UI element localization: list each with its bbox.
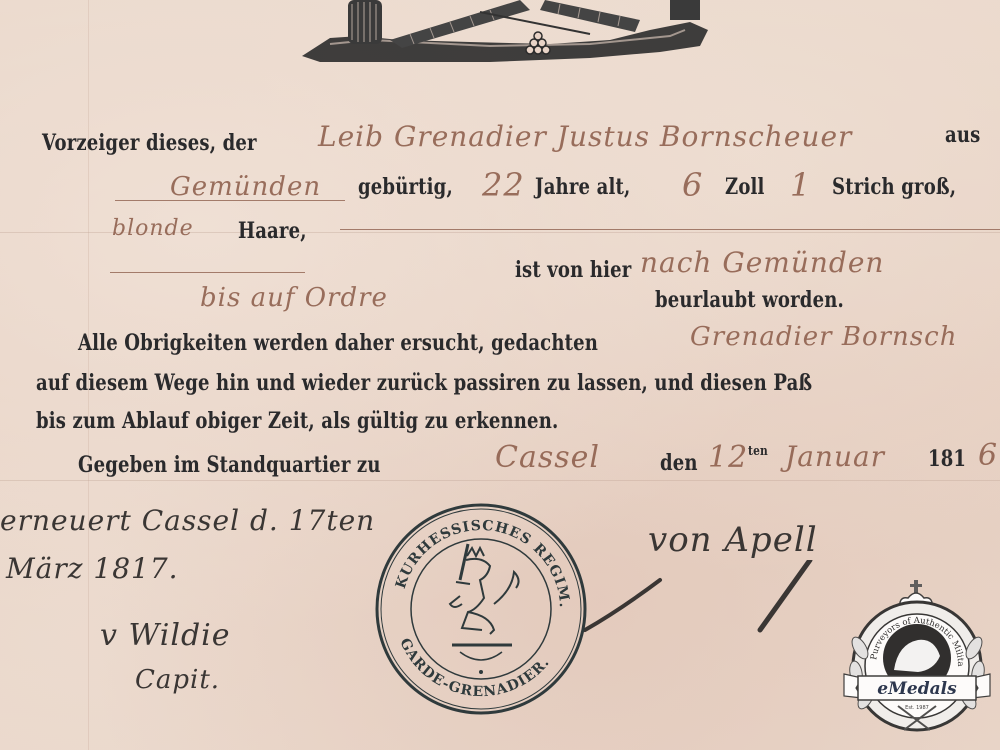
bearer-label: Vorzeiger dieses, der	[42, 130, 257, 156]
printed-aus: aus	[945, 122, 980, 148]
signature-flourish	[580, 560, 820, 640]
emedals-watermark-logo: Purveyors of Authentic Militaria eMedals…	[838, 578, 996, 738]
printed-gegeben: Gegeben im Standquartier zu	[78, 452, 381, 478]
handwritten-month: Januar	[785, 440, 885, 473]
printed-jahre-alt: Jahre alt,	[535, 174, 630, 200]
printed-year-prefix: 181	[928, 446, 966, 472]
printed-zoll: Zoll	[725, 174, 765, 200]
blank-line	[340, 229, 1000, 230]
printed-text-bearer: Vorzeiger dieses, der	[42, 130, 257, 156]
printed-haare: Haare,	[238, 218, 307, 244]
paragraph-line-2: auf diesem Wege hin und wieder zurück pa…	[36, 370, 812, 396]
handwritten-issue-place: Cassel	[495, 440, 600, 475]
printed-ten: ten	[748, 444, 768, 459]
printed-strich-gross: Strich groß,	[832, 174, 956, 200]
handwritten-birthplace: Gemünden	[170, 172, 321, 202]
handwritten-grenadier-name: Grenadier Bornsch	[690, 322, 957, 352]
regimental-seal: KURHESSISCHES REGIM. GARDE-GRENADIER.	[372, 500, 590, 718]
handwritten-zoll-value: 6	[682, 166, 703, 204]
paragraph-line-1: Alle Obrigkeiten werden daher ersucht, g…	[78, 330, 598, 356]
handwritten-strich-value: 1	[790, 166, 811, 204]
svg-text:eMedals: eMedals	[877, 679, 957, 699]
handwritten-destination: nach Gemünden	[640, 246, 884, 279]
printed-ist-von-hier: ist von hier	[515, 257, 631, 283]
handwritten-year-suffix: 6	[978, 438, 998, 473]
annotation-renewal-line-2: März 1817.	[6, 552, 179, 585]
woodcut-cannons-illustration	[290, 0, 740, 62]
paper-fold	[0, 480, 1000, 481]
commander-signature: von Apell	[648, 520, 818, 560]
handwritten-age: 22	[482, 166, 525, 204]
printed-beurlaubt-worden: beurlaubt worden.	[655, 287, 844, 313]
printed-gebuertig: gebürtig,	[358, 174, 453, 200]
captain-signature: v Wildie	[100, 618, 231, 653]
svg-text:Est. 1987: Est. 1987	[905, 705, 929, 711]
handwritten-rank-name: Leib Grenadier Justus Bornscheuer	[318, 120, 852, 153]
handwritten-hair-color: blonde	[112, 216, 194, 241]
handwritten-day: 12	[708, 440, 748, 475]
paragraph-line-3: bis zum Ablauf obiger Zeit, als gültig z…	[36, 408, 558, 434]
captain-title: Capit.	[135, 665, 220, 695]
annotation-renewal-line-1: erneuert Cassel d. 17ten	[0, 504, 375, 537]
handwritten-duration: bis auf Ordre	[200, 283, 388, 313]
printed-den: den	[660, 450, 698, 476]
blank-line	[110, 272, 305, 273]
underline	[115, 200, 345, 201]
